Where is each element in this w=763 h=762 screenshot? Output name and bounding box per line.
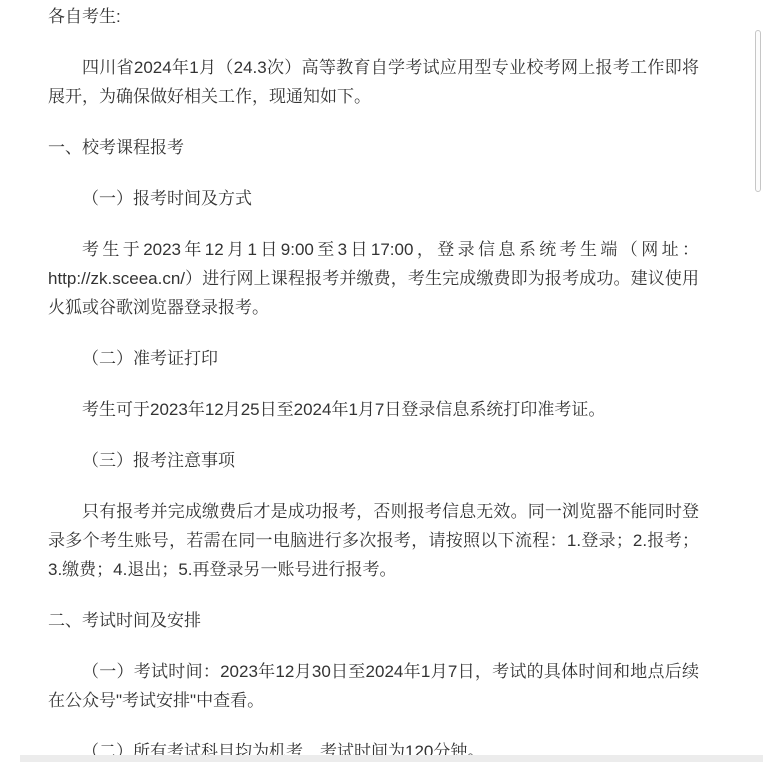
registration-time-paragraph: 考生于2023年12月1日9:00至3日17:00，登录信息系统考生端（网址：h… (48, 235, 699, 322)
scrollbar-thumb[interactable] (755, 30, 761, 192)
notice-document: 各自考生: 四川省2024年1月（24.3次）高等教育自学考试应用型专业校考网上… (0, 0, 763, 762)
intro-paragraph: 四川省2024年1月（24.3次）高等教育自学考试应用型专业校考网上报考工作即将… (48, 53, 699, 111)
section-1-heading: 一、校考课程报考 (48, 133, 699, 162)
exam-time-paragraph: （一）考试时间：2023年12月30日至2024年1月7日，考试的具体时间和地点… (48, 657, 699, 715)
section-2-heading: 二、考试时间及安排 (48, 606, 699, 635)
bottom-panel-edge (20, 755, 763, 762)
salutation: 各自考生: (48, 2, 699, 31)
section-1-2-heading: （二）准考证打印 (48, 344, 699, 373)
registration-notes-paragraph: 只有报考并完成缴费后才是成功报考，否则报考信息无效。同一浏览器不能同时登录多个考… (48, 497, 699, 584)
section-1-3-heading: （三）报考注意事项 (48, 446, 699, 475)
section-1-1-heading: （一）报考时间及方式 (48, 184, 699, 213)
admission-ticket-paragraph: 考生可于2023年12月25日至2024年1月7日登录信息系统打印准考证。 (48, 395, 699, 424)
